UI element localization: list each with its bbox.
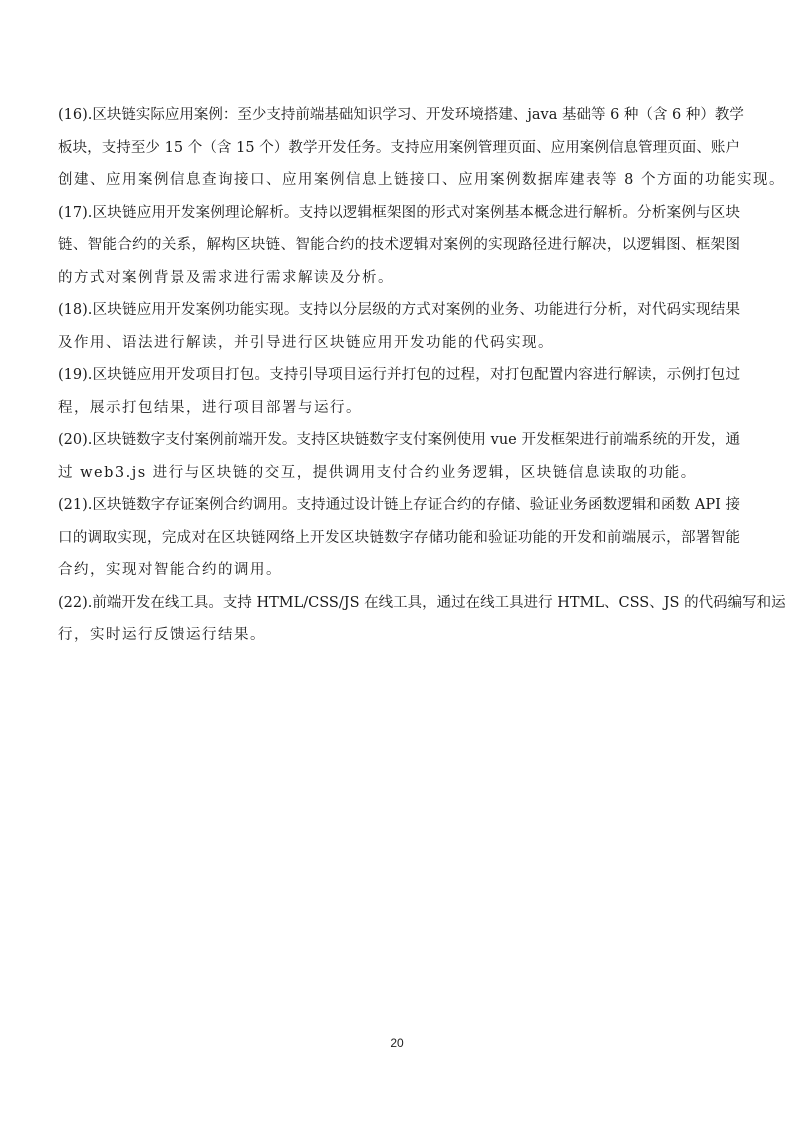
text-line: (16).区块链实际应用案例：至少支持前端基础知识学习、开发环境搭建、java …	[58, 103, 740, 136]
paragraph-21: (21).区块链数字存证案例合约调用。支持通过设计链上存证合约的存储、验证业务函…	[58, 493, 740, 591]
text-line: (20).区块链数字支付案例前端开发。支持区块链数字支付案例使用 vue 开发框…	[58, 428, 740, 461]
text-line: 合约，实现对智能合约的调用。	[58, 558, 740, 591]
paragraph-18: (18).区块链应用开发案例功能实现。支持以分层级的方式对案例的业务、功能进行分…	[58, 298, 740, 363]
text-line: 及作用、语法进行解读，并引导进行区块链应用开发功能的代码实现。	[58, 331, 740, 364]
paragraph-16: (16).区块链实际应用案例：至少支持前端基础知识学习、开发环境搭建、java …	[58, 103, 740, 201]
text-line: 过 web3.js 进行与区块链的交互，提供调用支付合约业务逻辑，区块链信息读取…	[58, 461, 740, 494]
text-line: (21).区块链数字存证案例合约调用。支持通过设计链上存证合约的存储、验证业务函…	[58, 493, 740, 526]
text-line: (17).区块链应用开发案例理论解析。支持以逻辑框架图的形式对案例基本概念进行解…	[58, 201, 740, 234]
text-line: 创建、应用案例信息查询接口、应用案例信息上链接口、应用案例数据库建表等 8 个方…	[58, 168, 740, 201]
paragraph-20: (20).区块链数字支付案例前端开发。支持区块链数字支付案例使用 vue 开发框…	[58, 428, 740, 493]
text-line: (19).区块链应用开发项目打包。支持引导项目运行并打包的过程，对打包配置内容进…	[58, 363, 740, 396]
text-line: (18).区块链应用开发案例功能实现。支持以分层级的方式对案例的业务、功能进行分…	[58, 298, 740, 331]
text-line: 行，实时运行反馈运行结果。	[58, 623, 740, 656]
page-number: 20	[0, 1036, 794, 1050]
text-line: (22).前端开发在线工具。支持 HTML/CSS/JS 在线工具，通过在线工具…	[58, 591, 740, 624]
text-line: 程，展示打包结果，进行项目部署与运行。	[58, 396, 740, 429]
text-line: 的方式对案例背景及需求进行需求解读及分析。	[58, 266, 740, 299]
text-line: 口的调取实现，完成对在区块链网络上开发区块链数字存储功能和验证功能的开发和前端展…	[58, 526, 740, 559]
document-body: (16).区块链实际应用案例：至少支持前端基础知识学习、开发环境搭建、java …	[58, 103, 740, 656]
text-line: 板块，支持至少 15 个（含 15 个）教学开发任务。支持应用案例管理页面、应用…	[58, 136, 740, 169]
document-page: (16).区块链实际应用案例：至少支持前端基础知识学习、开发环境搭建、java …	[0, 0, 794, 1122]
paragraph-17: (17).区块链应用开发案例理论解析。支持以逻辑框架图的形式对案例基本概念进行解…	[58, 201, 740, 299]
paragraph-22: (22).前端开发在线工具。支持 HTML/CSS/JS 在线工具，通过在线工具…	[58, 591, 740, 656]
paragraph-19: (19).区块链应用开发项目打包。支持引导项目运行并打包的过程，对打包配置内容进…	[58, 363, 740, 428]
text-line: 链、智能合约的关系，解构区块链、智能合约的技术逻辑对案例的实现路径进行解决，以逻…	[58, 233, 740, 266]
